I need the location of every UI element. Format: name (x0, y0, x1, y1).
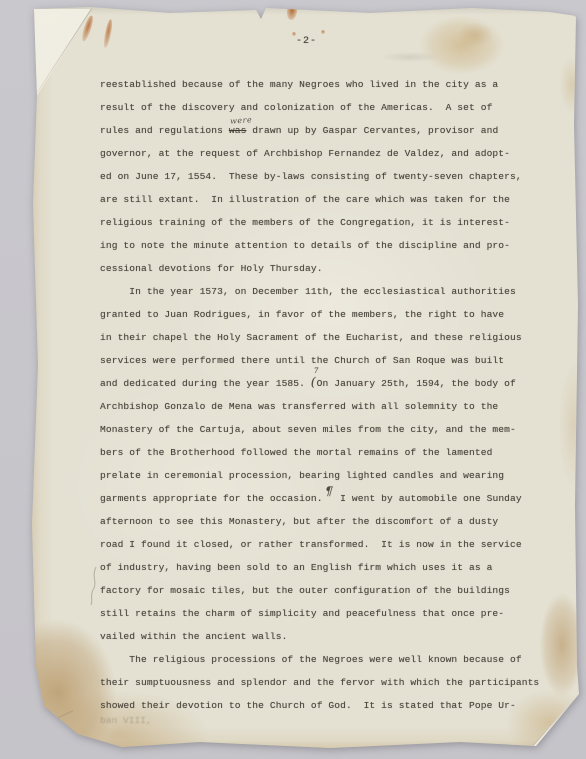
text-line: vailed within the ancient walls. (100, 625, 570, 648)
text-line: result of the discovery and colonization… (100, 96, 570, 119)
text-line: religious training of the members of the… (100, 211, 570, 234)
typed-text: governor, at the request of Archbishop F… (100, 148, 510, 159)
text-line: Monastery of the Cartuja, about seven mi… (100, 418, 570, 441)
text-line: bers of the Brotherhood followed the mor… (100, 441, 570, 464)
typed-text: rules and regulations (100, 125, 229, 136)
crease-line-bottom-left (50, 710, 73, 721)
typed-text: result of the discovery and colonization… (100, 102, 492, 113)
text-line: The religious processions of the Negroes… (100, 648, 570, 671)
typed-text: In the year 1573, on December 11th, the … (100, 286, 516, 297)
typed-text: I went by automobile one Sunday (334, 493, 521, 504)
text-line: their sumptuousness and splendor and the… (100, 671, 570, 694)
text-line: prelate in ceremonial procession, bearin… (100, 464, 570, 487)
typed-text: afternoon to see this Monastery, but aft… (100, 516, 498, 527)
text-line: rules and regulations waswere drawn up b… (100, 119, 570, 142)
rust-mark (573, 6, 579, 17)
typed-text: drawn up by Gaspar Cervantes, provisor a… (246, 125, 498, 136)
rust-mark (102, 19, 113, 49)
text-line: factory for mosaic tiles, but the outer … (100, 579, 570, 602)
text-line: and dedicated during the year 1585. (7On… (100, 372, 570, 395)
typed-text: ed on June 17, 1554. These by-laws consi… (100, 171, 522, 182)
typed-text: prelate in ceremonial procession, bearin… (100, 470, 504, 481)
typed-text: services were performed there until the … (100, 355, 504, 366)
text-line: governor, at the request of Archbishop F… (100, 142, 570, 165)
typed-text: their sumptuousness and splendor and the… (100, 677, 539, 688)
typed-text: granted to Juan Rodrigues, in favor of t… (100, 309, 504, 320)
typed-text: Monastery of the Cartuja, about seven mi… (100, 424, 516, 435)
paper-sheet: -2- reestablished because of the many Ne… (30, 5, 579, 749)
pencil-squiggle-mark (86, 565, 100, 607)
typed-text: vailed within the ancient walls. (100, 631, 287, 642)
rust-mark (286, 2, 298, 20)
text-line: of industry, having been sold to an Engl… (100, 556, 570, 579)
handwritten-insertion: were (230, 115, 253, 126)
struck-word: waswere (229, 125, 247, 136)
text-line: garments appropriate for the occasion.¶ … (100, 487, 570, 510)
typed-text: Archbishop Gonzalo de Mena was transferr… (100, 401, 498, 412)
typed-text: reestablished because of the many Negroe… (100, 79, 498, 90)
typed-text: bers of the Brotherhood followed the mor… (100, 447, 492, 458)
typed-text: The religious processions of the Negroes… (100, 654, 522, 665)
faint-footer-text: ban VIII, (100, 709, 152, 732)
paper-shadow-wrap: -2- reestablished because of the many Ne… (0, 0, 586, 759)
typed-text: are still extant. In illustration of the… (100, 194, 510, 205)
handwritten-pilcrow-icon: ¶ (324, 484, 333, 499)
text-line: showed their devotion to the Church of G… (100, 694, 570, 717)
typed-text: and dedicated during the year 1585. (100, 378, 311, 389)
text-line: ing to note the minute attention to deta… (100, 234, 570, 257)
text-line: in their chapel the Holy Sacrament of th… (100, 326, 570, 349)
text-line: Archbishop Gonzalo de Mena was transferr… (100, 395, 570, 418)
text-line: are still extant. In illustration of the… (100, 188, 570, 211)
typed-text: religious training of the members of the… (100, 217, 510, 228)
typed-text-block: reestablished because of the many Negroe… (100, 73, 570, 717)
text-line: road I found it closed, or rather transf… (100, 533, 570, 556)
typed-text: On January 25th, 1594, the body of (317, 378, 516, 389)
typed-text: in their chapel the Holy Sacrament of th… (100, 332, 522, 343)
rust-speck (321, 30, 325, 34)
typed-text: showed their devotion to the Church of G… (100, 700, 516, 711)
text-line: afternoon to see this Monastery, but aft… (100, 510, 570, 533)
page-number: -2- (296, 36, 317, 47)
typed-text: of industry, having been sold to an Engl… (100, 562, 492, 573)
text-line: granted to Juan Rodrigues, in favor of t… (100, 303, 570, 326)
text-line: still retains the charm of simplicity an… (100, 602, 570, 625)
text-line: cessional devotions for Holy Thursday. (100, 257, 570, 280)
typed-text: cessional devotions for Holy Thursday. (100, 263, 323, 274)
typed-text: garments appropriate for the occasion. (100, 493, 323, 504)
page-background: -2- reestablished because of the many Ne… (0, 0, 586, 759)
typed-text: still retains the charm of simplicity an… (100, 608, 504, 619)
text-line: In the year 1573, on December 11th, the … (100, 280, 570, 303)
text-line: ed on June 17, 1554. These by-laws consi… (100, 165, 570, 188)
text-line: reestablished because of the many Negroe… (100, 73, 570, 96)
handwritten-note: 7 (314, 367, 319, 375)
typed-text: road I found it closed, or rather transf… (100, 539, 522, 550)
text-line: services were performed there until the … (100, 349, 570, 372)
typed-text: factory for mosaic tiles, but the outer … (100, 585, 510, 596)
handwritten-paren: (7 (311, 375, 316, 389)
typed-text: ing to note the minute attention to deta… (100, 240, 510, 251)
